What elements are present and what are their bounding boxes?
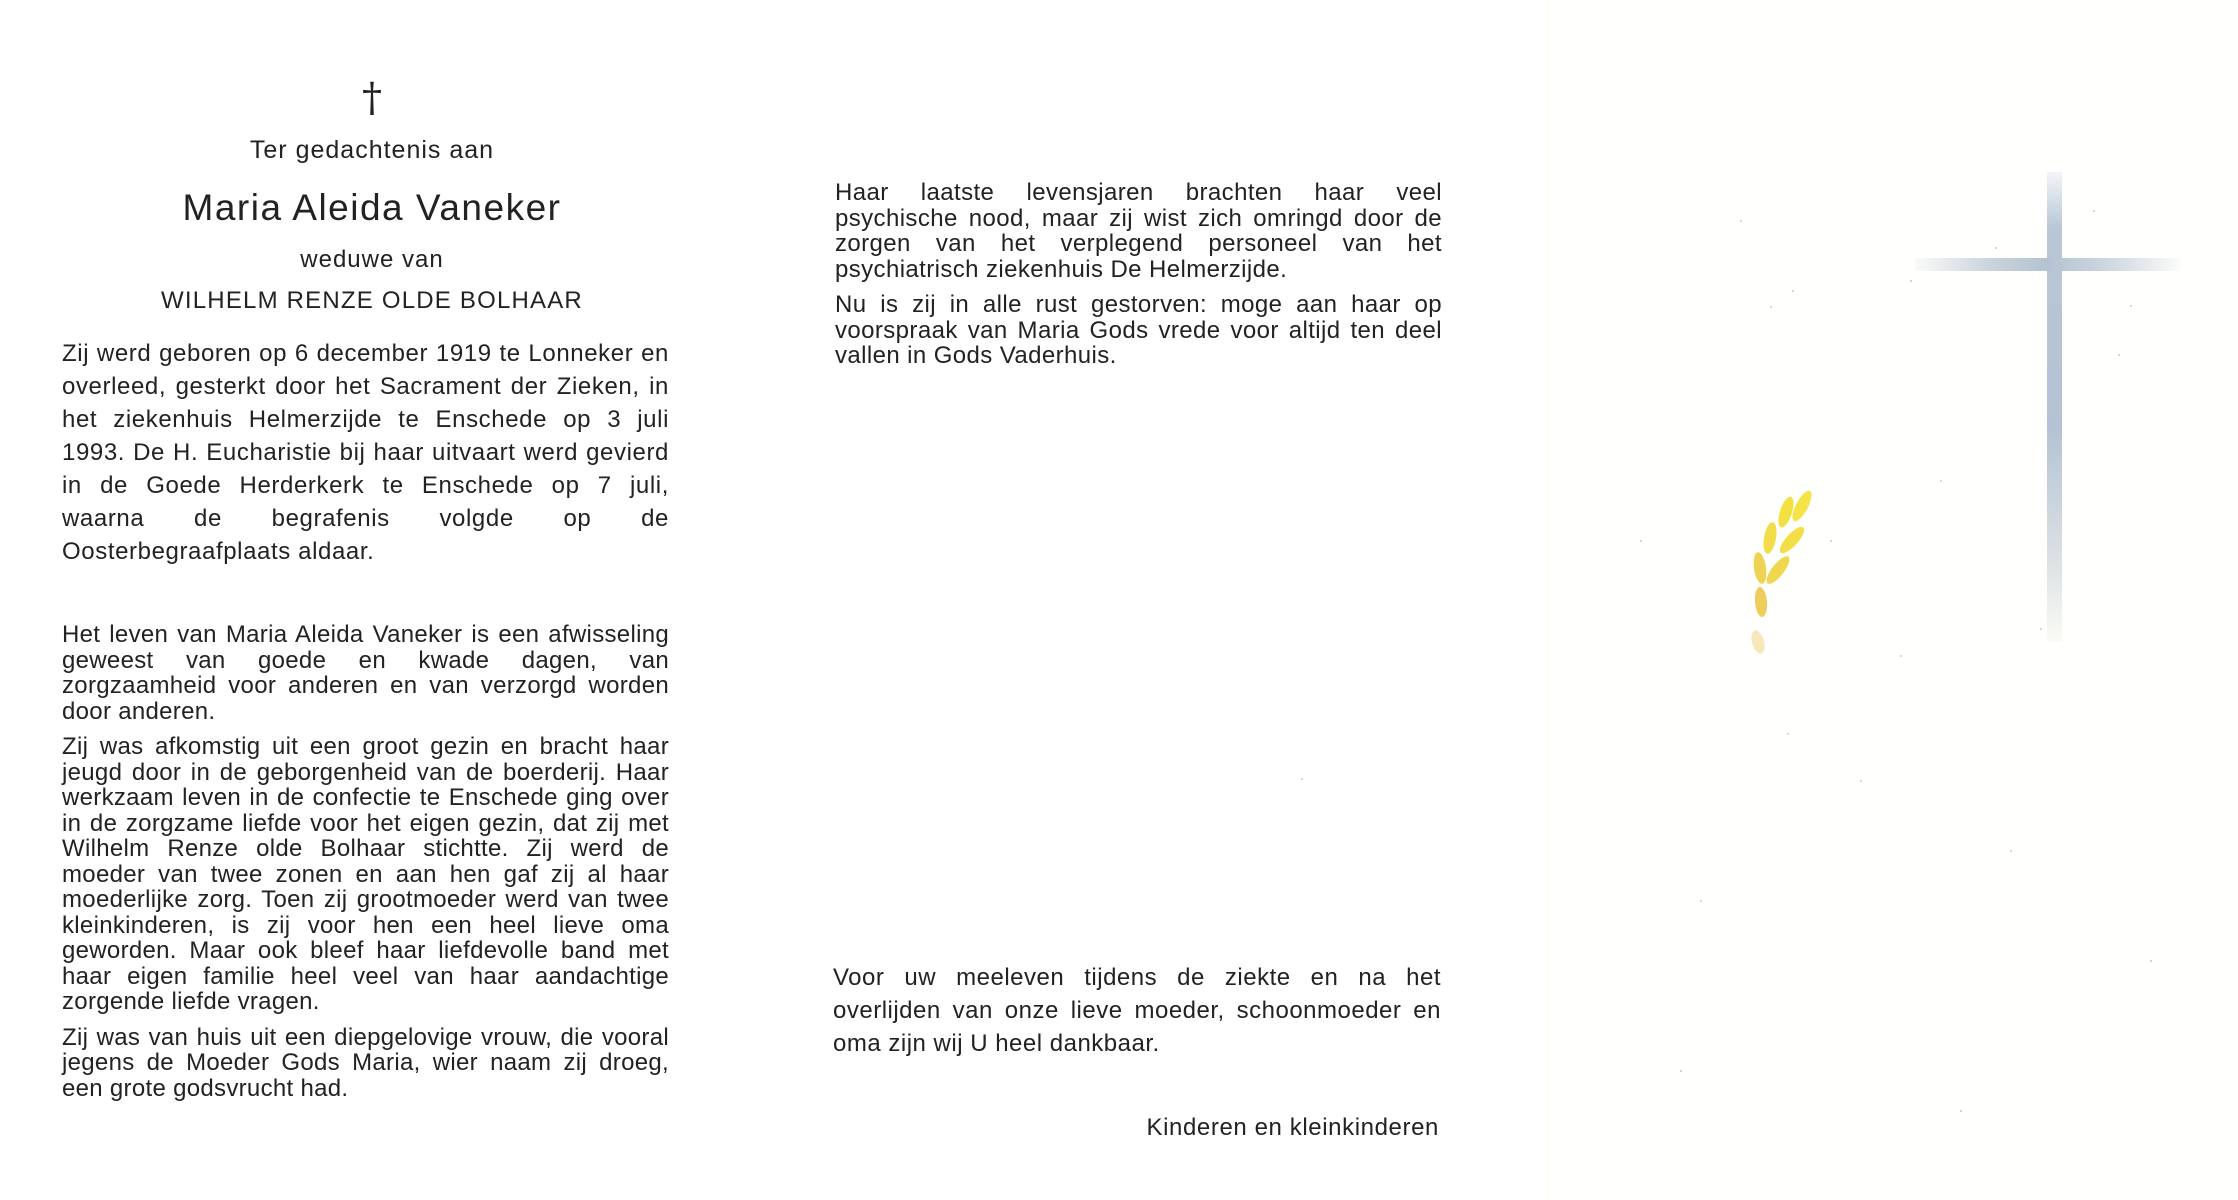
life-paragraph: Zij was van huis uit een diepgelovige vr… <box>62 1025 669 1102</box>
biography-block: Zij werd geboren op 6 december 1919 te L… <box>62 337 669 568</box>
deceased-name: Maria Aleida Vaneker <box>0 186 744 230</box>
final-paragraph: Haar laatste levensjaren brachten haar v… <box>835 180 1442 282</box>
signature: Kinderen en kleinkinderen <box>833 1113 1439 1143</box>
cross-vertical-beam <box>2047 172 2062 642</box>
thanks-paragraph: Voor uw meeleven tijdens de ziekte en na… <box>833 961 1441 1060</box>
spouse-name: WILHELM RENZE OLDE BOLHAAR <box>0 286 744 316</box>
life-paragraph: Het leven van Maria Aleida Vaneker is ee… <box>62 622 669 724</box>
memorial-intro: Ter gedachtenis aan <box>0 135 744 165</box>
final-years-block: Haar laatste levensjaren brachten haar v… <box>835 180 1442 369</box>
final-paragraph: Nu is zij in alle rust gestorven: moge a… <box>835 292 1442 369</box>
life-paragraph: Zij was afkomstig uit een groot gezin en… <box>62 734 669 1015</box>
widow-of-label: weduwe van <box>0 245 744 275</box>
cross-horizontal-beam <box>1915 258 2180 271</box>
left-panel: † Ter gedachtenis aan Maria Aleida Vanek… <box>0 0 760 1200</box>
latin-cross-icon: † <box>0 74 744 122</box>
wheat-sprig-icon <box>1730 470 1820 660</box>
biography-paragraph: Zij werd geboren op 6 december 1919 te L… <box>62 337 669 568</box>
decorative-panel <box>1549 0 2238 1200</box>
thanks-block: Voor uw meeleven tijdens de ziekte en na… <box>833 961 1441 1060</box>
life-story-block: Het leven van Maria Aleida Vaneker is ee… <box>62 622 669 1101</box>
